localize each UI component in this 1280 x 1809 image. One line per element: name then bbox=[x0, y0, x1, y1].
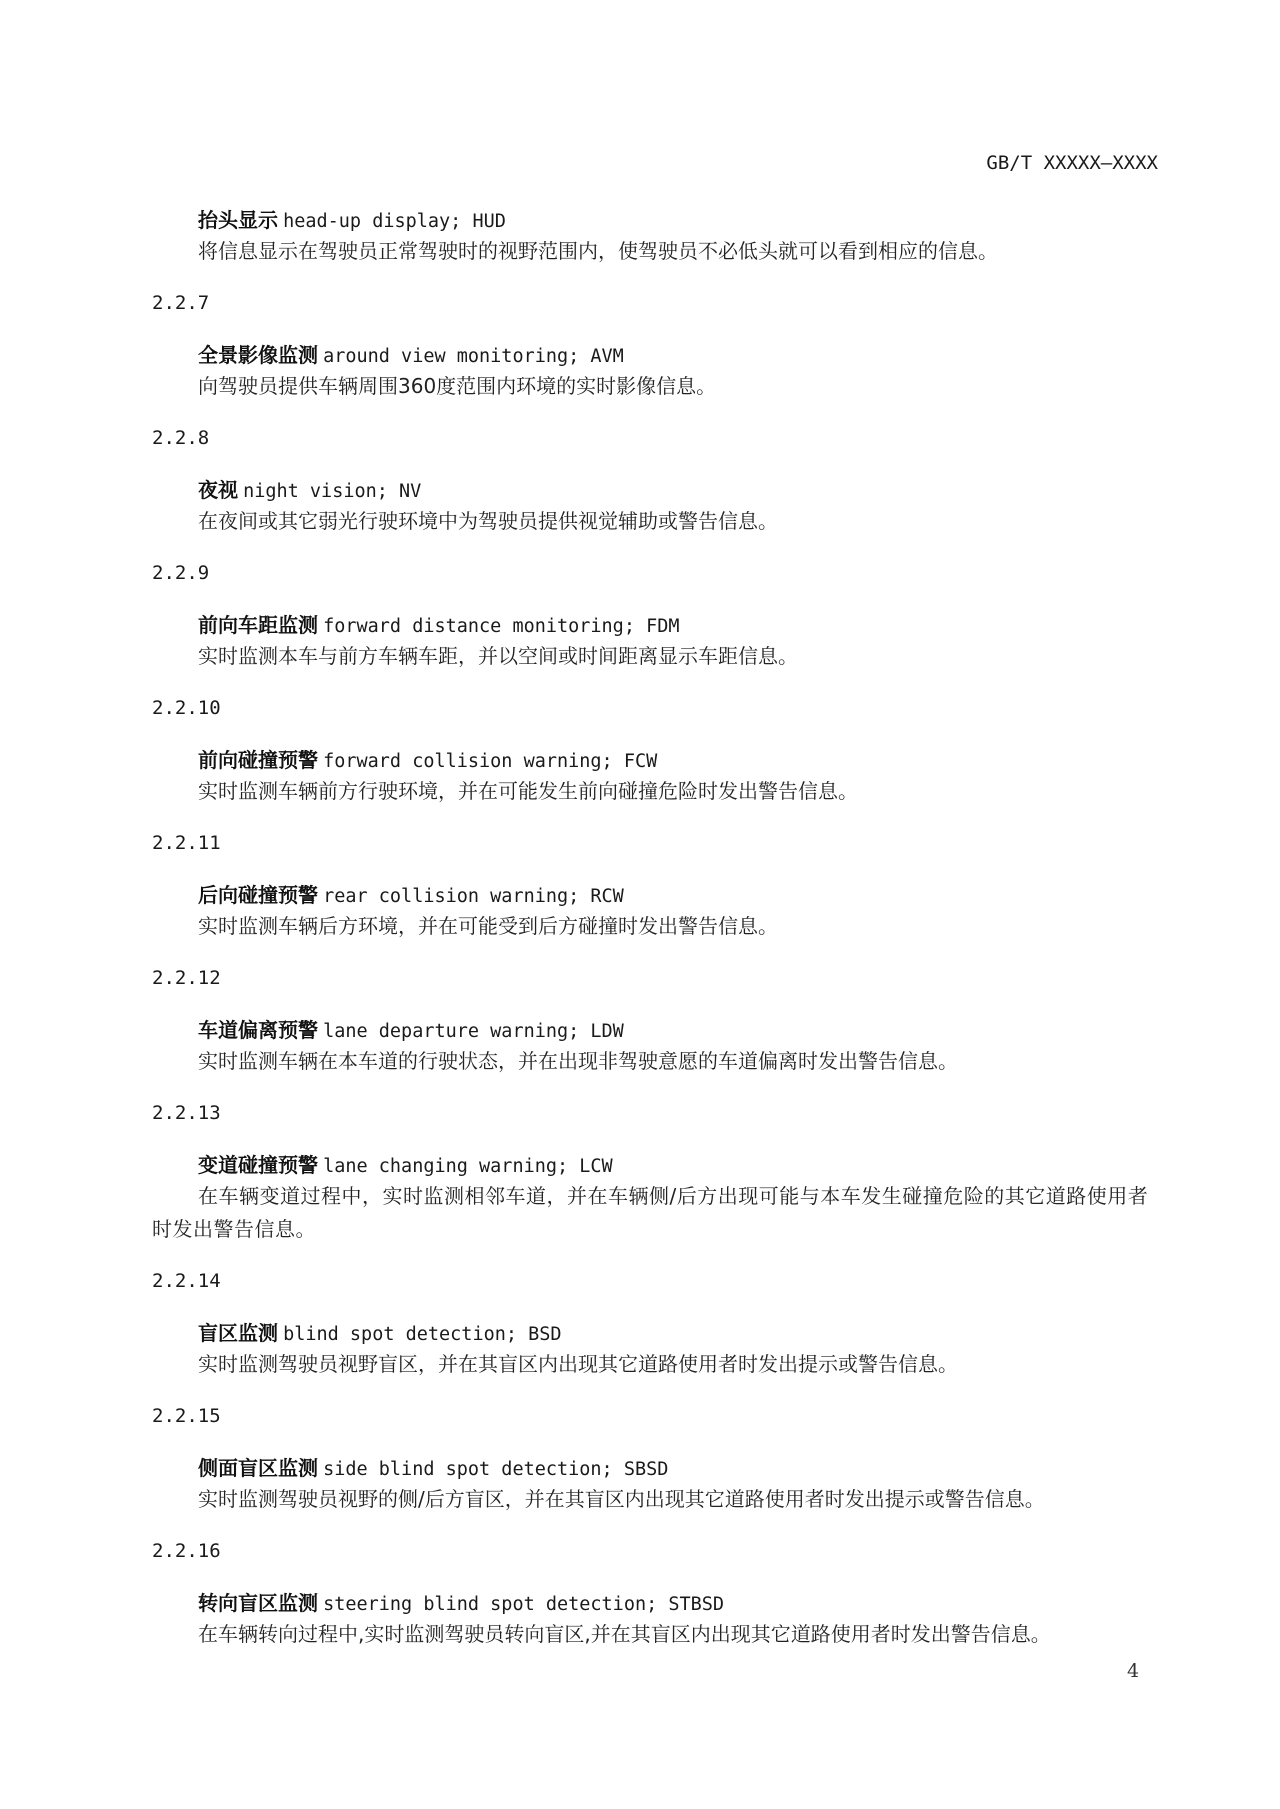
terms-content: 抬头显示 head-up display; HUD 将信息显示在驾驶员正常驾驶时… bbox=[152, 205, 1158, 1651]
term-chinese: 后向碰撞预警 bbox=[198, 883, 318, 907]
term-title: 盲区监测 blind spot detection; BSD bbox=[152, 1318, 1158, 1348]
term-definition: 在车辆变道过程中，实时监测相邻车道，并在车辆侧/后方出现可能与本车发生碰撞危险的… bbox=[152, 1180, 1158, 1246]
term-english: lane changing warning; LCW bbox=[323, 1156, 613, 1177]
term-title: 抬头显示 head-up display; HUD bbox=[152, 205, 1158, 235]
term-definition: 实时监测驾驶员视野的侧/后方盲区，并在其盲区内出现其它道路使用者时发出提示或警告… bbox=[152, 1483, 1158, 1516]
term-chinese: 全景影像监测 bbox=[198, 343, 318, 367]
term-english: head-up display; HUD bbox=[283, 211, 506, 232]
term-definition: 实时监测车辆后方环境，并在可能受到后方碰撞时发出警告信息。 bbox=[152, 910, 1158, 943]
term-entry-2-2-8: 2.2.8 夜视 night vision; NV 在夜间或其它弱光行驶环境中为… bbox=[152, 423, 1158, 538]
term-title: 夜视 night vision; NV bbox=[152, 475, 1158, 505]
term-english: night vision; NV bbox=[243, 481, 421, 502]
term-chinese: 转向盲区监测 bbox=[198, 1591, 318, 1615]
term-chinese: 前向车距监测 bbox=[198, 613, 318, 637]
term-definition: 在夜间或其它弱光行驶环境中为驾驶员提供视觉辅助或警告信息。 bbox=[152, 505, 1158, 538]
clause-number: 2.2.8 bbox=[152, 423, 1158, 453]
term-chinese: 前向碰撞预警 bbox=[198, 748, 318, 772]
term-english: lane departure warning; LDW bbox=[323, 1021, 624, 1042]
term-entry-2-2-10: 2.2.10 前向碰撞预警 forward collision warning;… bbox=[152, 693, 1158, 808]
term-entry-2-2-14: 2.2.14 盲区监测 blind spot detection; BSD 实时… bbox=[152, 1266, 1158, 1381]
clause-number: 2.2.13 bbox=[152, 1098, 1158, 1128]
term-title: 前向碰撞预警 forward collision warning; FCW bbox=[152, 745, 1158, 775]
term-english: blind spot detection; BSD bbox=[283, 1324, 561, 1345]
document-page: GB/T XXXXX—XXXX 抬头显示 head-up display; HU… bbox=[0, 0, 1280, 1809]
clause-number: 2.2.9 bbox=[152, 558, 1158, 588]
term-entry-2-2-11: 2.2.11 后向碰撞预警 rear collision warning; RC… bbox=[152, 828, 1158, 943]
term-title: 前向车距监测 forward distance monitoring; FDM bbox=[152, 610, 1158, 640]
term-chinese: 车道偏离预警 bbox=[198, 1018, 318, 1042]
clause-number: 2.2.16 bbox=[152, 1536, 1158, 1566]
term-definition: 实时监测车辆前方行驶环境，并在可能发生前向碰撞危险时发出警告信息。 bbox=[152, 775, 1158, 808]
term-english: forward collision warning; FCW bbox=[323, 751, 657, 772]
term-title: 侧面盲区监测 side blind spot detection; SBSD bbox=[152, 1453, 1158, 1483]
term-english: forward distance monitoring; FDM bbox=[323, 616, 679, 637]
term-title: 转向盲区监测 steering blind spot detection; ST… bbox=[152, 1588, 1158, 1618]
term-english: rear collision warning; RCW bbox=[323, 886, 624, 907]
clause-number: 2.2.10 bbox=[152, 693, 1158, 723]
term-english: steering blind spot detection; STBSD bbox=[323, 1594, 724, 1615]
term-entry-2-2-7: 2.2.7 全景影像监测 around view monitoring; AVM… bbox=[152, 288, 1158, 403]
standard-code-header: GB/T XXXXX—XXXX bbox=[986, 152, 1158, 174]
term-chinese: 侧面盲区监测 bbox=[198, 1456, 318, 1480]
term-title: 全景影像监测 around view monitoring; AVM bbox=[152, 340, 1158, 370]
page-number: 4 bbox=[1127, 1660, 1139, 1682]
clause-number: 2.2.7 bbox=[152, 288, 1158, 318]
clause-number: 2.2.12 bbox=[152, 963, 1158, 993]
term-entry-hud: 抬头显示 head-up display; HUD 将信息显示在驾驶员正常驾驶时… bbox=[152, 205, 1158, 268]
term-title: 变道碰撞预警 lane changing warning; LCW bbox=[152, 1150, 1158, 1180]
clause-number: 2.2.11 bbox=[152, 828, 1158, 858]
term-entry-2-2-9: 2.2.9 前向车距监测 forward distance monitoring… bbox=[152, 558, 1158, 673]
term-definition: 实时监测驾驶员视野盲区，并在其盲区内出现其它道路使用者时发出提示或警告信息。 bbox=[152, 1348, 1158, 1381]
term-chinese: 盲区监测 bbox=[198, 1321, 278, 1345]
clause-number: 2.2.15 bbox=[152, 1401, 1158, 1431]
term-chinese: 夜视 bbox=[198, 478, 238, 502]
term-entry-2-2-12: 2.2.12 车道偏离预警 lane departure warning; LD… bbox=[152, 963, 1158, 1078]
clause-number: 2.2.14 bbox=[152, 1266, 1158, 1296]
term-entry-2-2-13: 2.2.13 变道碰撞预警 lane changing warning; LCW… bbox=[152, 1098, 1158, 1246]
term-definition: 实时监测车辆在本车道的行驶状态，并在出现非驾驶意愿的车道偏离时发出警告信息。 bbox=[152, 1045, 1158, 1078]
term-chinese: 抬头显示 bbox=[198, 208, 278, 232]
term-definition: 将信息显示在驾驶员正常驾驶时的视野范围内，使驾驶员不必低头就可以看到相应的信息。 bbox=[152, 235, 1158, 268]
term-english: side blind spot detection; SBSD bbox=[323, 1459, 668, 1480]
term-definition: 在车辆转向过程中,实时监测驾驶员转向盲区,并在其盲区内出现其它道路使用者时发出警… bbox=[152, 1618, 1158, 1651]
term-chinese: 变道碰撞预警 bbox=[198, 1153, 318, 1177]
term-entry-2-2-15: 2.2.15 侧面盲区监测 side blind spot detection;… bbox=[152, 1401, 1158, 1516]
term-definition: 实时监测本车与前方车辆车距，并以空间或时间距离显示车距信息。 bbox=[152, 640, 1158, 673]
term-entry-2-2-16: 2.2.16 转向盲区监测 steering blind spot detect… bbox=[152, 1536, 1158, 1651]
term-definition: 向驾驶员提供车辆周围360度范围内环境的实时影像信息。 bbox=[152, 370, 1158, 403]
term-title: 后向碰撞预警 rear collision warning; RCW bbox=[152, 880, 1158, 910]
term-english: around view monitoring; AVM bbox=[323, 346, 624, 367]
term-title: 车道偏离预警 lane departure warning; LDW bbox=[152, 1015, 1158, 1045]
